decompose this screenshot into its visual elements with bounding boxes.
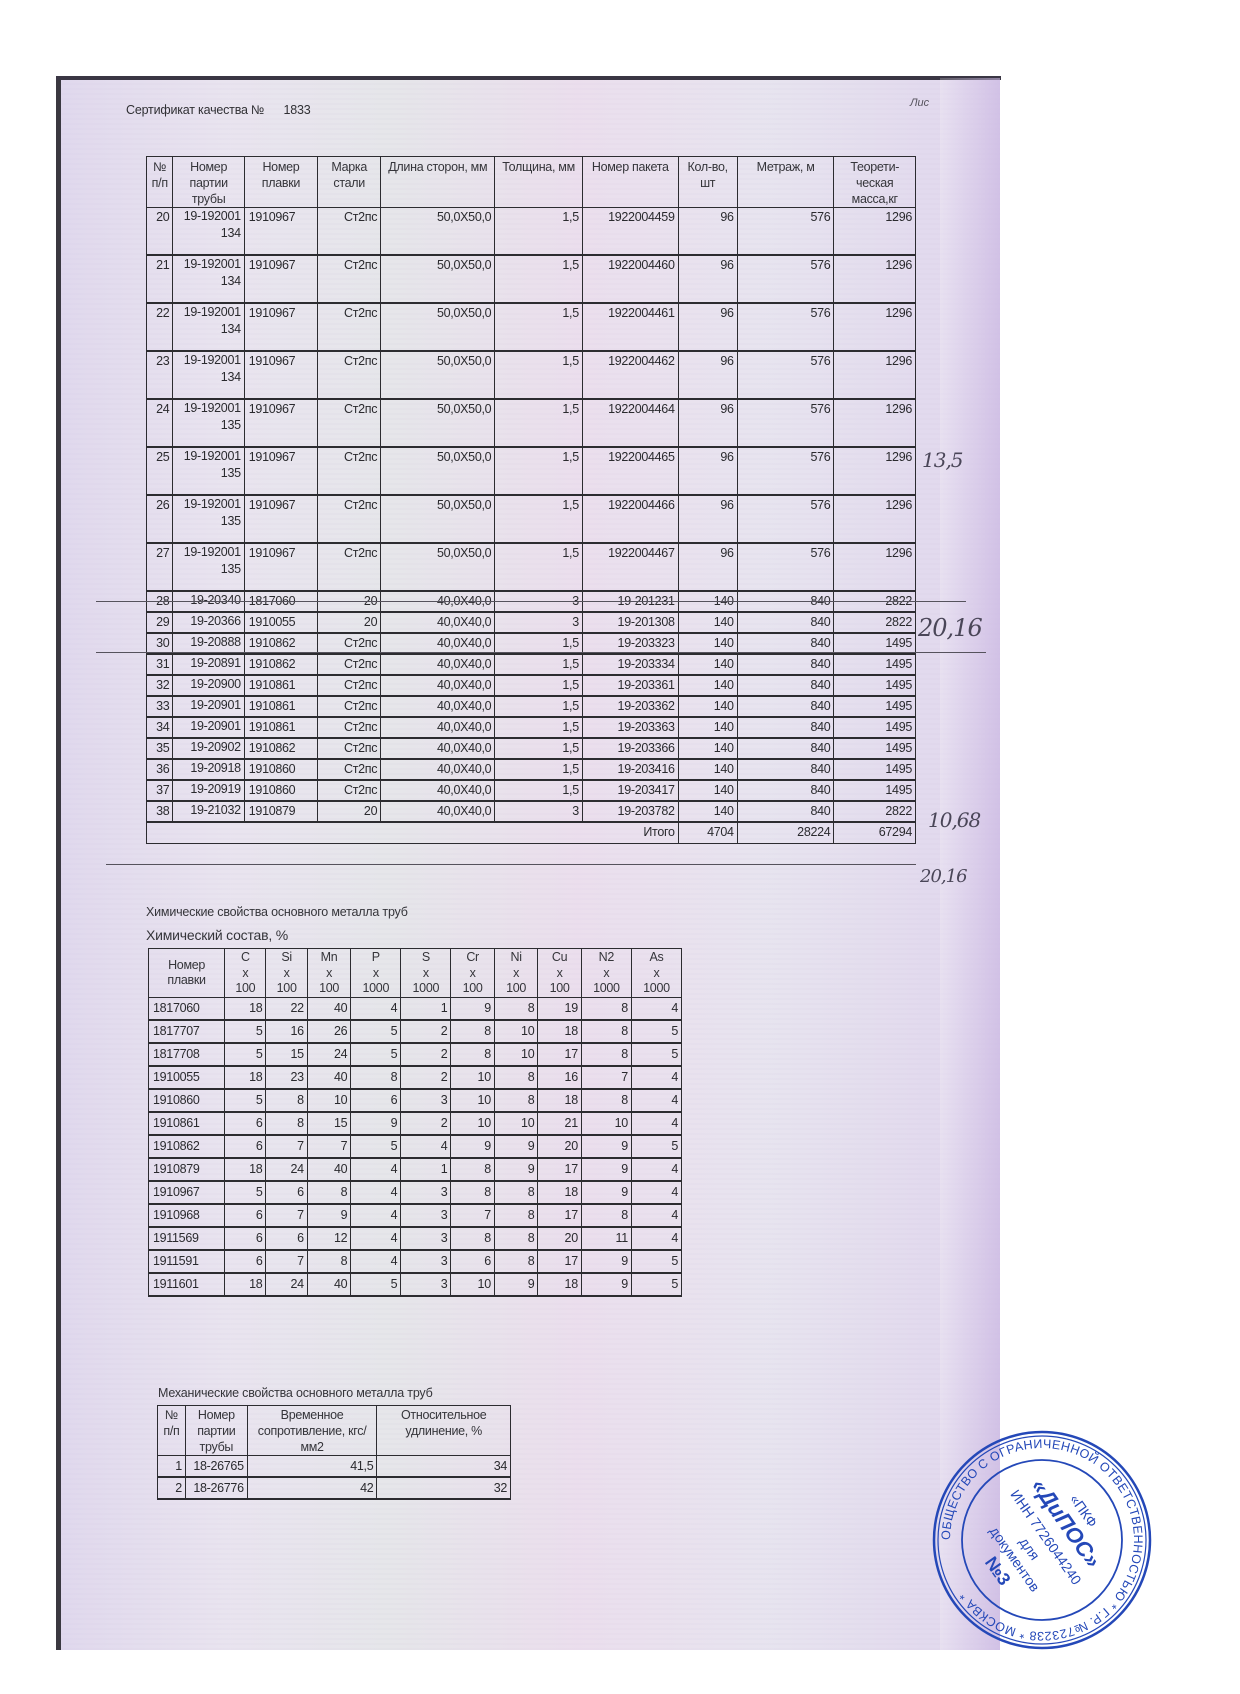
cell-value: 10 [494,1112,538,1135]
cell-value: 2 [401,1020,451,1043]
element-symbol: Si [269,950,303,966]
cell-value: 7 [266,1135,307,1158]
cell-value: 41,5 [247,1456,377,1478]
cell-value: 5 [631,1135,681,1158]
cell-meters: 840 [737,696,834,717]
column-header: Теорети-ческая масса,кг [834,157,916,208]
cell-thick: 1,5 [495,633,583,654]
column-header: Относительное удлинение, % [377,1406,511,1456]
cell-meters: 576 [737,495,834,543]
cell-batch: 19-192001 135 [173,447,244,495]
mechanical-section-title: Механические свойства основного металла … [158,1386,433,1400]
column-header: Cx100 [225,949,266,998]
column-header: Six100 [266,949,307,998]
cell-value: 17 [538,1043,582,1066]
cell-value: 4 [631,1089,681,1112]
table-row: 2419-192001 1351910967Ст2пс50,0X50,01,51… [147,399,916,447]
multiplier: 100 [269,981,303,997]
cell-melt: 1910967 [244,208,317,256]
cell-grade: Ст2пс [318,654,381,675]
cell-grade: Ст2пс [318,495,381,543]
cell-thick: 3 [495,612,583,633]
cell-meters: 576 [737,399,834,447]
total-row: Итого47042822467294 [147,822,916,844]
table-row: 1910055182340821081674 [149,1066,682,1089]
cell-value: 24 [266,1158,307,1181]
cell-batch: 19-20888 [173,633,244,654]
handwritten-divider [96,601,966,602]
column-header: Mnx100 [307,949,351,998]
cell-n: 32 [147,675,173,696]
cell-qty: 140 [678,780,737,801]
cell-meters: 840 [737,759,834,780]
cell-value: 24 [266,1273,307,1296]
table-row: 2019-192001 1341910967Ст2пс50,0X50,01,51… [147,208,916,256]
multiplier-sign: x [228,966,262,982]
cell-value: 42 [247,1477,377,1499]
cell-value: 9 [494,1135,538,1158]
cell-value: 9 [351,1112,401,1135]
multiplier-sign: x [541,966,578,982]
scan-edge [56,76,1001,80]
cell-mass: 1296 [834,447,916,495]
cell-value: 4 [351,1158,401,1181]
cell-value: 4 [631,997,681,1020]
cell-qty: 140 [678,759,737,780]
cell-value: 9 [581,1135,631,1158]
column-header: N2x1000 [581,949,631,998]
cell-value: 4 [351,1204,401,1227]
cell-meters: 840 [737,675,834,696]
table-header-row: Номер плавкиCx100Six100Mnx100Px1000Sx100… [149,949,682,998]
cell-value: 5 [225,1089,266,1112]
cell-value: 10 [494,1020,538,1043]
cell-thick: 1,5 [495,351,583,399]
cell-value: 8 [266,1112,307,1135]
cell-value: 19 [538,997,582,1020]
table-row: 2519-192001 1351910967Ст2пс50,0X50,01,51… [147,447,916,495]
cell-thick: 1,5 [495,696,583,717]
cell-thick: 1,5 [495,780,583,801]
cell-value: 8 [307,1250,351,1273]
cell-size: 40,0X40,0 [381,654,495,675]
cell-n: 35 [147,738,173,759]
cell-meters: 840 [737,780,834,801]
cell-qty: 96 [678,543,737,591]
cell-value: 5 [225,1181,266,1204]
chemical-subtitle: Химический состав, % [146,927,288,943]
cell-value: 12 [307,1227,351,1250]
cell-value: 22 [266,997,307,1020]
cell-qty: 140 [678,717,737,738]
cell-value: 8 [266,1089,307,1112]
cell-package: 19-203363 [582,717,678,738]
column-header: Номер плавки [149,949,225,998]
cell-melt: 1910967 [244,543,317,591]
cell-package: 19-203334 [582,654,678,675]
cell-size: 50,0X50,0 [381,447,495,495]
cell-n: 25 [147,447,173,495]
multiplier-sign: x [404,966,447,982]
cell-value: 8 [307,1181,351,1204]
handwritten-divider [96,652,986,653]
cell-mass: 1495 [834,738,916,759]
cell-n: 37 [147,780,173,801]
cell-value: 18 [225,1066,266,1089]
cell-package: 1922004459 [582,208,678,256]
cell-size: 50,0X50,0 [381,351,495,399]
cell-batch: 19-20919 [173,780,244,801]
cell-melt: 1910967 [149,1181,225,1204]
cell-value: 9 [581,1181,631,1204]
cell-value: 1 [401,997,451,1020]
cell-value: 8 [494,1089,538,1112]
cell-grade: Ст2пс [318,759,381,780]
cell-value: 2 [401,1112,451,1135]
cell-value: 5 [351,1043,401,1066]
cell-value: 9 [494,1273,538,1296]
cell-value: 4 [631,1227,681,1250]
cell-melt: 1910967 [244,399,317,447]
cell-grade: Ст2пс [318,543,381,591]
cell-value: 18 [538,1089,582,1112]
cell-value: 6 [266,1181,307,1204]
cell-thick: 1,5 [495,738,583,759]
cell-value: 4 [631,1204,681,1227]
cell-melt: 1910860 [149,1089,225,1112]
cell-thick: 1,5 [495,717,583,738]
multiplier-sign: x [635,966,678,982]
cell-grade: Ст2пс [318,208,381,256]
certificate-title: Сертификат качества № 1833 [126,103,311,117]
certificate-title-label: Сертификат качества № [126,103,264,117]
cell-value: 20 [538,1227,582,1250]
cell-meters: 576 [737,208,834,256]
cell-batch: 19-192001 134 [173,351,244,399]
cell-value: 18 [225,1273,266,1296]
cell-thick: 1,5 [495,447,583,495]
cell-melt: 1910861 [244,717,317,738]
cell-melt: 1910055 [149,1066,225,1089]
cell-mass: 1296 [834,303,916,351]
table-row: 2719-192001 1351910967Ст2пс50,0X50,01,51… [147,543,916,591]
cell-value: 4 [631,1181,681,1204]
cell-melt: 1817060 [149,997,225,1020]
cell-value: 6 [225,1250,266,1273]
cell-value: 10 [494,1043,538,1066]
table-row: 218-267764232 [158,1477,511,1499]
table-row: 181706018224041981984 [149,997,682,1020]
cell-size: 50,0X50,0 [381,543,495,591]
cell-value: 24 [307,1043,351,1066]
cell-batch: 19-192001 134 [173,255,244,303]
cell-value: 7 [307,1135,351,1158]
cell-size: 40,0X40,0 [381,612,495,633]
cell-value: 16 [538,1066,582,1089]
cell-package: 19-203782 [582,801,678,822]
cell-value: 8 [581,997,631,1020]
cell-value: 2 [158,1477,186,1499]
cell-batch: 19-192001 135 [173,495,244,543]
cell-mass: 2822 [834,612,916,633]
element-symbol: Cr [454,950,491,966]
cell-value: 5 [631,1020,681,1043]
column-header: Длина сторон, мм [381,157,495,208]
multiplier-sign: x [585,966,628,982]
handwritten-note: 20,16 [918,614,982,642]
cell-n: 24 [147,399,173,447]
cell-value: 9 [581,1158,631,1181]
cell-value: 6 [225,1227,266,1250]
cell-value: 10 [451,1112,495,1135]
cell-mass: 1495 [834,780,916,801]
table-row: 19115696612438820114 [149,1227,682,1250]
cell-meters: 840 [737,717,834,738]
cell-value: 10 [451,1089,495,1112]
cell-value: 15 [266,1043,307,1066]
cell-grade: Ст2пс [318,399,381,447]
column-header: Временное сопротивление, кгс/мм2 [247,1406,377,1456]
cell-qty: 96 [678,255,737,303]
cell-package: 19-203361 [582,675,678,696]
multiplier: 100 [541,981,578,997]
cell-grade: 20 [318,801,381,822]
cell-value: 16 [266,1020,307,1043]
total-meters: 28224 [737,822,834,844]
certificate-number: 1833 [284,103,311,117]
cell-mass: 2822 [834,801,916,822]
cell-melt: 1911569 [149,1227,225,1250]
cell-melt: 1817707 [149,1020,225,1043]
cell-value: 8 [494,1204,538,1227]
cell-value: 8 [494,1250,538,1273]
handwritten-note: 13,5 [922,448,963,472]
cell-n: 20 [147,208,173,256]
cell-value: 9 [581,1250,631,1273]
cell-value: 17 [538,1158,582,1181]
cell-size: 50,0X50,0 [381,495,495,543]
cell-value: 11 [581,1227,631,1250]
cell-thick: 3 [495,801,583,822]
chemical-composition-table: Номер плавкиCx100Six100Mnx100Px1000Sx100… [148,948,682,1297]
cell-batch: 19-20901 [173,717,244,738]
table-row: 2319-192001 1341910967Ст2пс50,0X50,01,51… [147,351,916,399]
cell-melt: 1911601 [149,1273,225,1296]
cell-qty: 140 [678,633,737,654]
cell-value: 8 [581,1020,631,1043]
cell-grade: Ст2пс [318,675,381,696]
table-row: 191086267754992095 [149,1135,682,1158]
cell-package: 1922004460 [582,255,678,303]
cell-value: 5 [351,1273,401,1296]
table-row: 3619-209181910860Ст2пс40,0X40,01,519-203… [147,759,916,780]
cell-value: 9 [451,997,495,1020]
cell-thick: 1,5 [495,399,583,447]
table-row: 2919-2036619100552040,0X40,0319-20130814… [147,612,916,633]
cell-melt: 1910861 [244,696,317,717]
cell-batch: 19-20902 [173,738,244,759]
cell-value: 6 [225,1112,266,1135]
cell-value: 4 [351,997,401,1020]
cell-mass: 1296 [834,543,916,591]
cell-meters: 840 [737,654,834,675]
cell-value: 8 [494,1227,538,1250]
cell-package: 19-203417 [582,780,678,801]
element-symbol: Ni [498,950,535,966]
cell-value: 3 [401,1227,451,1250]
cell-qty: 96 [678,447,737,495]
cell-meters: 576 [737,351,834,399]
cell-grade: Ст2пс [318,255,381,303]
cell-value: 4 [631,1112,681,1135]
cell-n: 21 [147,255,173,303]
table-row: 2119-192001 1341910967Ст2пс50,0X50,01,51… [147,255,916,303]
cell-value: 4 [631,1066,681,1089]
multiplier: 1000 [635,981,678,997]
element-symbol: Cu [541,950,578,966]
cell-value: 17 [538,1204,582,1227]
cell-grade: Ст2пс [318,738,381,759]
table-row: 181770751626528101885 [149,1020,682,1043]
cell-value: 1 [158,1456,186,1478]
cell-n: 26 [147,495,173,543]
cell-value: 23 [266,1066,307,1089]
cell-melt: 1817708 [149,1043,225,1066]
cell-value: 3 [401,1181,451,1204]
element-symbol: Mn [311,950,348,966]
cell-qty: 140 [678,696,737,717]
multiplier: 1000 [354,981,397,997]
cell-n: 30 [147,633,173,654]
cell-package: 1922004464 [582,399,678,447]
table-row: 3819-2103219108792040,0X40,0319-20378214… [147,801,916,822]
cell-value: 10 [451,1273,495,1296]
cell-value: 40 [307,1158,351,1181]
multiplier: 100 [454,981,491,997]
cell-grade: Ст2пс [318,351,381,399]
cell-value: 5 [351,1020,401,1043]
cell-value: 4 [631,1158,681,1181]
cell-qty: 140 [678,612,737,633]
cell-value: 7 [266,1204,307,1227]
cell-melt: 1910967 [244,303,317,351]
cell-value: 9 [307,1204,351,1227]
cell-value: 6 [225,1204,266,1227]
cell-batch: 19-20366 [173,612,244,633]
cell-value: 18 [225,997,266,1020]
cell-melt: 1910967 [244,255,317,303]
table-row: 3019-208881910862Ст2пс40,0X40,01,519-203… [147,633,916,654]
table-row: 191087918244041891794 [149,1158,682,1181]
cell-meters: 576 [737,543,834,591]
table-row: 2219-192001 1341910967Ст2пс50,0X50,01,51… [147,303,916,351]
cell-batch: 19-21032 [173,801,244,822]
cell-value: 6 [266,1227,307,1250]
company-stamp: ОБЩЕСТВО С ОГРАНИЧЕННОЙ ОТВЕТСТВЕННОСТЬЮ… [926,1424,1158,1656]
total-qty: 4704 [678,822,737,844]
total-label: Итого [147,822,679,844]
cell-mass: 1296 [834,399,916,447]
cell-value: 2 [401,1043,451,1066]
cell-value: 8 [451,1020,495,1043]
handwritten-note: 10,68 [928,808,980,832]
element-symbol: N2 [585,950,628,966]
cell-thick: 1,5 [495,543,583,591]
cell-mass: 1495 [834,633,916,654]
table-row: 1910861681592101021104 [149,1112,682,1135]
cell-package: 19-203362 [582,696,678,717]
cell-n: 36 [147,759,173,780]
cell-size: 40,0X40,0 [381,675,495,696]
cell-value: 10 [451,1066,495,1089]
cell-n: 34 [147,717,173,738]
cell-thick: 1,5 [495,208,583,256]
table-header-row: № п/пНомер партии трубыВременное сопроти… [158,1406,511,1456]
cell-value: 8 [351,1066,401,1089]
table-row: 1911601182440531091895 [149,1273,682,1296]
table-row: 19108605810631081884 [149,1089,682,1112]
cell-size: 40,0X40,0 [381,738,495,759]
cell-melt: 1910879 [244,801,317,822]
cell-value: 9 [581,1273,631,1296]
cell-value: 40 [307,1273,351,1296]
mechanical-properties-table: № п/пНомер партии трубыВременное сопроти… [157,1405,511,1500]
shipment-table: № п/пНомер партии трубыНомер плавкиМарка… [146,156,916,844]
cell-package: 19-203366 [582,738,678,759]
cell-value: 4 [401,1135,451,1158]
multiplier-sign: x [498,966,535,982]
cell-value: 8 [494,1066,538,1089]
cell-package: 1922004465 [582,447,678,495]
cell-melt: 1910879 [149,1158,225,1181]
cell-batch: 19-192001 135 [173,543,244,591]
table-row: 3119-208911910862Ст2пс40,0X40,01,519-203… [147,654,916,675]
handwritten-divider [106,864,916,865]
column-header: Crx100 [451,949,495,998]
cell-value: 5 [351,1135,401,1158]
table-row: 3419-209011910861Ст2пс40,0X40,01,519-203… [147,717,916,738]
cell-qty: 96 [678,208,737,256]
cell-package: 19-201308 [582,612,678,633]
table-row: 3219-209001910861Ст2пс40,0X40,01,519-203… [147,675,916,696]
table-row: 181770851524528101785 [149,1043,682,1066]
cell-package: 19-203416 [582,759,678,780]
cell-value: 5 [631,1250,681,1273]
cell-thick: 1,5 [495,495,583,543]
cell-n: 27 [147,543,173,591]
cell-value: 8 [451,1043,495,1066]
cell-mass: 1296 [834,208,916,256]
multiplier-sign: x [269,966,303,982]
cell-thick: 1,5 [495,759,583,780]
cell-thick: 1,5 [495,303,583,351]
cell-size: 40,0X40,0 [381,633,495,654]
cell-value: 5 [225,1020,266,1043]
page-label: Лис [910,97,929,109]
cell-melt: 1910862 [244,654,317,675]
cell-value: 40 [307,997,351,1020]
cell-value: 21 [538,1112,582,1135]
cell-mass: 1495 [834,759,916,780]
cell-package: 1922004466 [582,495,678,543]
cell-qty: 96 [678,495,737,543]
column-header: Asx1000 [631,949,681,998]
cell-size: 40,0X40,0 [381,717,495,738]
column-header: Номер пакета [582,157,678,208]
cell-value: 3 [401,1273,451,1296]
cell-package: 1922004462 [582,351,678,399]
cell-batch: 19-192001 134 [173,303,244,351]
